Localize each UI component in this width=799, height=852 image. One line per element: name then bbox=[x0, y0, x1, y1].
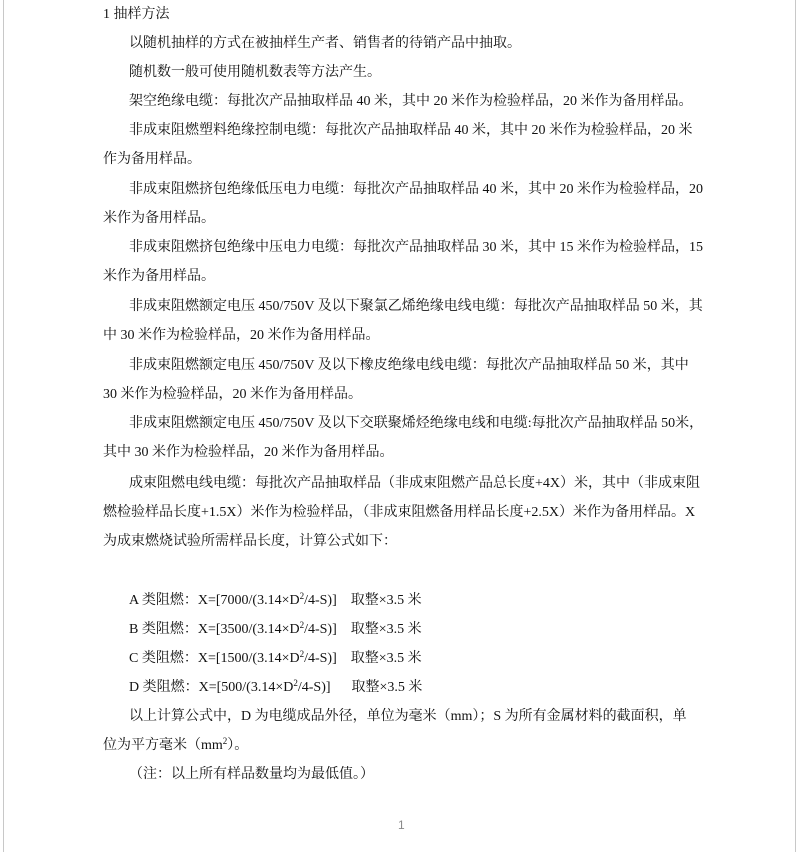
explanation-text-tail: ）。 bbox=[227, 738, 248, 753]
paragraph-line: 非成束阻燃挤包绝缘低压电力电缆：每批次产品抽取样品 40 米，其中 20 米作为… bbox=[129, 180, 703, 200]
explanation-line: 位为平方毫米（mm2）。 bbox=[103, 736, 248, 756]
formula-class: A 类阻燃： bbox=[129, 593, 198, 608]
paragraph-line: 非成束阻燃塑料绝缘控制电缆：每批次产品抽取样品 40 米，其中 20 米作为检验… bbox=[129, 121, 693, 141]
formula-suffix: 取整×3.5 米 bbox=[351, 593, 422, 608]
formula-line-a: A 类阻燃：X=[7000/(3.14×D2/4-S)] 取整×3.5 米 bbox=[129, 591, 422, 611]
formula-expression: X=[7000/(3.14×D bbox=[198, 593, 300, 608]
paragraph-line: 成束阻燃电线电缆：每批次产品抽取样品（非成束阻燃产品总长度+4X）米，其中（非成… bbox=[129, 474, 700, 494]
paragraph-line: 燃检验样品长度+1.5X）米作为检验样品，（非成束阻燃备用样品长度+2.5X）米… bbox=[103, 503, 695, 523]
formula-expression-tail: /4-S)] bbox=[304, 593, 337, 608]
paragraph-line: 米作为备用样品。 bbox=[103, 209, 215, 229]
formula-suffix: 取整×3.5 米 bbox=[351, 651, 422, 666]
formula-expression: X=[500/(3.14×D bbox=[199, 680, 294, 695]
formula-suffix: 取整×3.5 米 bbox=[352, 680, 423, 695]
paragraph-line: 非成束阻燃挤包绝缘中压电力电缆：每批次产品抽取样品 30 米，其中 15 米作为… bbox=[129, 238, 703, 258]
paragraph-line: 米作为备用样品。 bbox=[103, 267, 215, 287]
paragraph-line: 非成束阻燃额定电压 450/750V 及以下橡皮绝缘电线电缆：每批次产品抽取样品… bbox=[129, 356, 689, 376]
explanation-line: 以上计算公式中，D 为电缆成品外径，单位为毫米（mm）；S 为所有金属材料的截面… bbox=[129, 707, 687, 727]
formula-expression: X=[3500/(3.14×D bbox=[198, 622, 300, 637]
section-heading: 1 抽样方法 bbox=[103, 5, 170, 25]
formula-expression: X=[1500/(3.14×D bbox=[198, 651, 300, 666]
formula-expression-tail: /4-S)] bbox=[298, 680, 331, 695]
explanation-text: 位为平方毫米（mm bbox=[103, 738, 223, 753]
paragraph-line: 以随机抽样的方式在被抽样生产者、销售者的待销产品中抽取。 bbox=[129, 34, 521, 54]
document-page: 1 抽样方法 以随机抽样的方式在被抽样生产者、销售者的待销产品中抽取。 随机数一… bbox=[3, 0, 796, 852]
formula-line-d: D 类阻燃：X=[500/(3.14×D2/4-S)] 取整×3.5 米 bbox=[129, 678, 422, 698]
paragraph-line: 作为备用样品。 bbox=[103, 150, 201, 170]
paragraph-line: 30 米作为检验样品，20 米作为备用样品。 bbox=[103, 385, 362, 405]
formula-expression-tail: /4-S)] bbox=[304, 651, 337, 666]
note: （注：以上所有样品数量均为最低值。） bbox=[129, 765, 374, 785]
page-number: 1 bbox=[398, 818, 405, 832]
formula-suffix: 取整×3.5 米 bbox=[351, 622, 422, 637]
paragraph-line: 中 30 米作为检验样品，20 米作为备用样品。 bbox=[103, 326, 380, 346]
formula-line-c: C 类阻燃：X=[1500/(3.14×D2/4-S)] 取整×3.5 米 bbox=[129, 649, 422, 669]
paragraph-line: 其中 30 米作为检验样品，20 米作为备用样品。 bbox=[103, 443, 394, 463]
formula-class: B 类阻燃： bbox=[129, 622, 198, 637]
paragraph-line: 非成束阻燃额定电压 450/750V 及以下聚氯乙烯绝缘电线电缆：每批次产品抽取… bbox=[129, 297, 703, 317]
paragraph-line: 随机数一般可使用随机数表等方法产生。 bbox=[129, 63, 381, 83]
formula-expression-tail: /4-S)] bbox=[304, 622, 337, 637]
formula-class: C 类阻燃： bbox=[129, 651, 198, 666]
paragraph-line: 非成束阻燃额定电压 450/750V 及以下交联聚烯烃绝缘电线和电缆:每批次产品… bbox=[129, 414, 703, 434]
paragraph-line: 架空绝缘电缆：每批次产品抽取样品 40 米，其中 20 米作为检验样品，20 米… bbox=[129, 92, 693, 112]
formula-class: D 类阻燃： bbox=[129, 680, 199, 695]
formula-line-b: B 类阻燃：X=[3500/(3.14×D2/4-S)] 取整×3.5 米 bbox=[129, 620, 422, 640]
paragraph-line: 为成束燃烧试验所需样品长度，计算公式如下： bbox=[103, 532, 397, 552]
